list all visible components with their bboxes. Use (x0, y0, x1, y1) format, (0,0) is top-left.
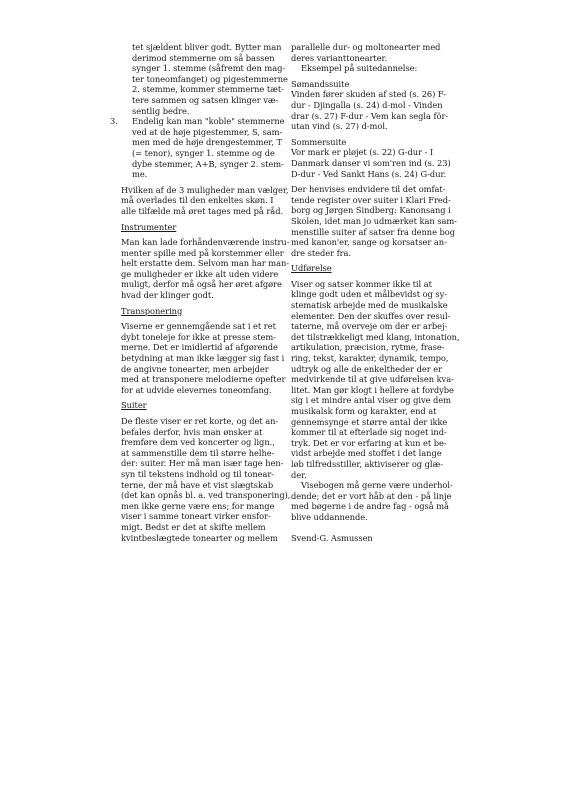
text-line: Vinden fører skuden af sted (s. 26) F- (291, 89, 459, 100)
text-line: ter toneomfanget) og pigestemmerne (132, 74, 287, 85)
text-line: vidst arbejde med stoffet i det lange (291, 448, 459, 459)
text-line: ved at de høje pigestemmer, S, sam- (132, 127, 287, 138)
left-column: tet sjældent bliver godt. Bytter man der… (121, 42, 287, 543)
text-line: med at transponere melodierne opefter (121, 374, 287, 385)
text-line: (det kan opnås bl. a. ved transponering)… (121, 490, 287, 501)
text-line: 2. stemme, kommer stemmerne tæt- (132, 84, 287, 95)
text-line: derimod stemmerne om så bassen (132, 53, 287, 64)
text-line: muligt, derfor må også her øret afgøre (121, 279, 287, 290)
text-line: sig i et mindre antal viser og give dem (291, 395, 459, 406)
text-line: deres varianttonearter. (291, 53, 459, 64)
text-line: Danmark danser vi som'ren ind (s. 23) (291, 158, 459, 169)
text-line: der: suiter. Her må man især tage hen- (121, 458, 287, 469)
visebogen-paragraph: Visebogen må gerne være underhol- dende;… (291, 480, 459, 522)
text-line: men ikke gerne være ens; for mange (121, 501, 287, 512)
text-line: (= tenor), synger 1. stemme og de (132, 148, 287, 159)
suite-title-somandssuite: Sømandssuite (291, 79, 459, 90)
text-line: betydning at man ikke lægger sig fast i (121, 353, 287, 364)
list-number: 3. (110, 116, 118, 127)
text-line: kommer til at efterlade sig noget ind- (291, 427, 459, 438)
register-paragraph: Der henvises endvidere til det omfat- te… (291, 184, 459, 258)
section-heading-suiter: Suiter (121, 400, 147, 411)
text-line: Endelig kan man "koble" stemmerne (132, 116, 287, 127)
text-line: alle tilfælde må øret tages med på råd. (121, 206, 287, 217)
text-line: dybt toneleje for ikke at presse stem- (121, 332, 287, 343)
instrumenter-paragraph: Man kan lade forhåndenværende instru- me… (121, 237, 287, 301)
text-line: drar (s. 27) F-dur - Vem kan segla för- (291, 111, 459, 122)
text-line: tet sjældent bliver godt. Bytter man (132, 42, 287, 53)
text-line: ge muligheder er ikke alt uden videre (121, 269, 287, 280)
text-line: udtryk og alle de enkeltheder der er (291, 364, 459, 375)
text-line: fremføre dem ved koncerter og lign., (121, 437, 287, 448)
text-line: menter spille med på korstemmer eller (121, 248, 287, 259)
right-column: parallelle dur- og moltonearter med dere… (291, 42, 459, 543)
text-line: parallelle dur- og moltonearter med (291, 42, 459, 53)
text-line: synger 1. stemme (såfremt den mag- (132, 63, 287, 74)
text-line: men med de høje drengestemmer, T (132, 137, 287, 148)
text-line: Der henvises endvidere til det omfat- (291, 184, 459, 195)
text-line: musikalsk form og karakter, end at (291, 406, 459, 417)
text-line: stematisk arbejde med de musikalske (291, 300, 459, 311)
text-line: dybe stemmer, A+B, synger 2. stem- (132, 159, 287, 170)
text-line: må overlades til den enkeltes skøn. I (121, 195, 287, 206)
text-line: kvintbeslægtede tonearter og mellem (121, 533, 287, 544)
text-line: at sammenstille dem til større helhe- (121, 448, 287, 459)
suiter-paragraph: De fleste viser er ret korte, og det an-… (121, 416, 287, 543)
text-line: De fleste viser er ret korte, og det an- (121, 416, 287, 427)
text-line: Vor mark er pløjet (s. 22) G-dur - I (291, 147, 459, 158)
text-line: borg og Jørgen Sindberg: Kanonsang i (291, 205, 459, 216)
section-heading-udforelse: Udførelse (291, 263, 332, 274)
text-line: D-dur - Ved Sankt Hans (s. 24) G-dur. (291, 169, 459, 180)
section-heading-transponering: Transponering (121, 306, 182, 317)
section-heading-instrumenter: Instrumenter (121, 222, 176, 233)
text-line: sentlig bedre. (132, 106, 287, 117)
text-line: blive uddannende. (291, 512, 459, 523)
text-line: ring, tekst, karakter, dynamik, tempo, (291, 353, 459, 364)
text-line: utan vind (s. 27) d-mol. (291, 121, 459, 132)
text-line: Visebogen må gerne være underhol- (291, 480, 459, 491)
transponering-paragraph: Viserne er gennemgående sat i et ret dyb… (121, 321, 287, 395)
text-line: for at udvide elevernes toneomfang. (121, 385, 287, 396)
text-line: klinge godt uden et målbevidst og sy- (291, 289, 459, 300)
text-line: gennemsynge et større antal der ikke (291, 417, 459, 428)
text-line: dende; det er vort håb at den - på linje (291, 491, 459, 502)
text-line: dre steder fra. (291, 248, 459, 259)
text-line: artikulation, præcision, rytme, frase- (291, 342, 459, 353)
text-line: tere sammen og satsen klinger væ- (132, 95, 287, 106)
text-line: merne. Det er imidlertid af afgørende (121, 342, 287, 353)
udforelse-paragraph: Viser og satser kommer ikke til at kling… (291, 279, 459, 480)
text-line: elementer. Den der skuffes over resul- (291, 311, 459, 322)
text-line: de angivne tonearter, men arbejder (121, 364, 287, 375)
text-line: migt. Bedst er det at skifte mellem (121, 522, 287, 533)
text-line: med kanon'er, sange og korsatser an- (291, 237, 459, 248)
list-item-2-continuation: tet sjældent bliver godt. Bytter man der… (121, 42, 287, 116)
text-line: der. (291, 470, 459, 481)
somandssuite-list: Vinden fører skuden af sted (s. 26) F- d… (291, 89, 459, 131)
text-line: menstille suiter af satser fra denne bog (291, 227, 459, 238)
text-line: taterne, må overveje om der er arbej- (291, 321, 459, 332)
text-line: viser i samme toneart virker ensfor- (121, 511, 287, 522)
author-signature: Svend-G. Asmussen (291, 533, 459, 544)
example-intro: Eksempel på suitedannelse: (291, 63, 459, 74)
suiter-continuation: parallelle dur- og moltonearter med dere… (291, 42, 459, 74)
text-line: medvirkende til at give udførelsen kva- (291, 374, 459, 385)
text-line: Man kan lade forhåndenværende instru- (121, 237, 287, 248)
choice-paragraph: Hvilken af de 3 muligheder man vælger, m… (121, 185, 287, 217)
text-line: med bøgerne i de andre fag - også må (291, 501, 459, 512)
text-line: tryk. Det er vor erfaring at kun et be- (291, 438, 459, 449)
text-line: Viser og satser kommer ikke til at (291, 279, 459, 290)
text-line: løb tilfredsstiller, aktiviserer og glæ- (291, 459, 459, 470)
text-line: Skolen, idet man jo udmærket kan sam- (291, 216, 459, 227)
text-line: det tilstrækkeligt med klang, intonation… (291, 332, 459, 343)
text-line: terne, der må have et vist slægtskab (121, 480, 287, 491)
text-line: tende register over suiter i Klari Fred- (291, 195, 459, 206)
sommersuite-list: Vor mark er pløjet (s. 22) G-dur - I Dan… (291, 147, 459, 179)
text-line: Viserne er gennemgående sat i et ret (121, 321, 287, 332)
text-line: befales derfor, hvis man ønsker at (121, 427, 287, 438)
text-line: helt erstatte dem. Selvom man har man- (121, 258, 287, 269)
text-line: hvad der klinger godt. (121, 290, 287, 301)
text-line: syn til tekstens indhold og til tonear- (121, 469, 287, 480)
suite-title-sommersuite: Sommersuite (291, 137, 459, 148)
text-line: dur - Djingalla (s. 24) d-mol - Vinden (291, 100, 459, 111)
text-line: me. (132, 169, 287, 180)
text-line: litet. Man gør klogt i hellere at fordyb… (291, 385, 459, 396)
list-item-3: 3. Endelig kan man "koble" stemmerne ved… (121, 116, 287, 180)
text-line: Hvilken af de 3 muligheder man vælger, (121, 185, 287, 196)
